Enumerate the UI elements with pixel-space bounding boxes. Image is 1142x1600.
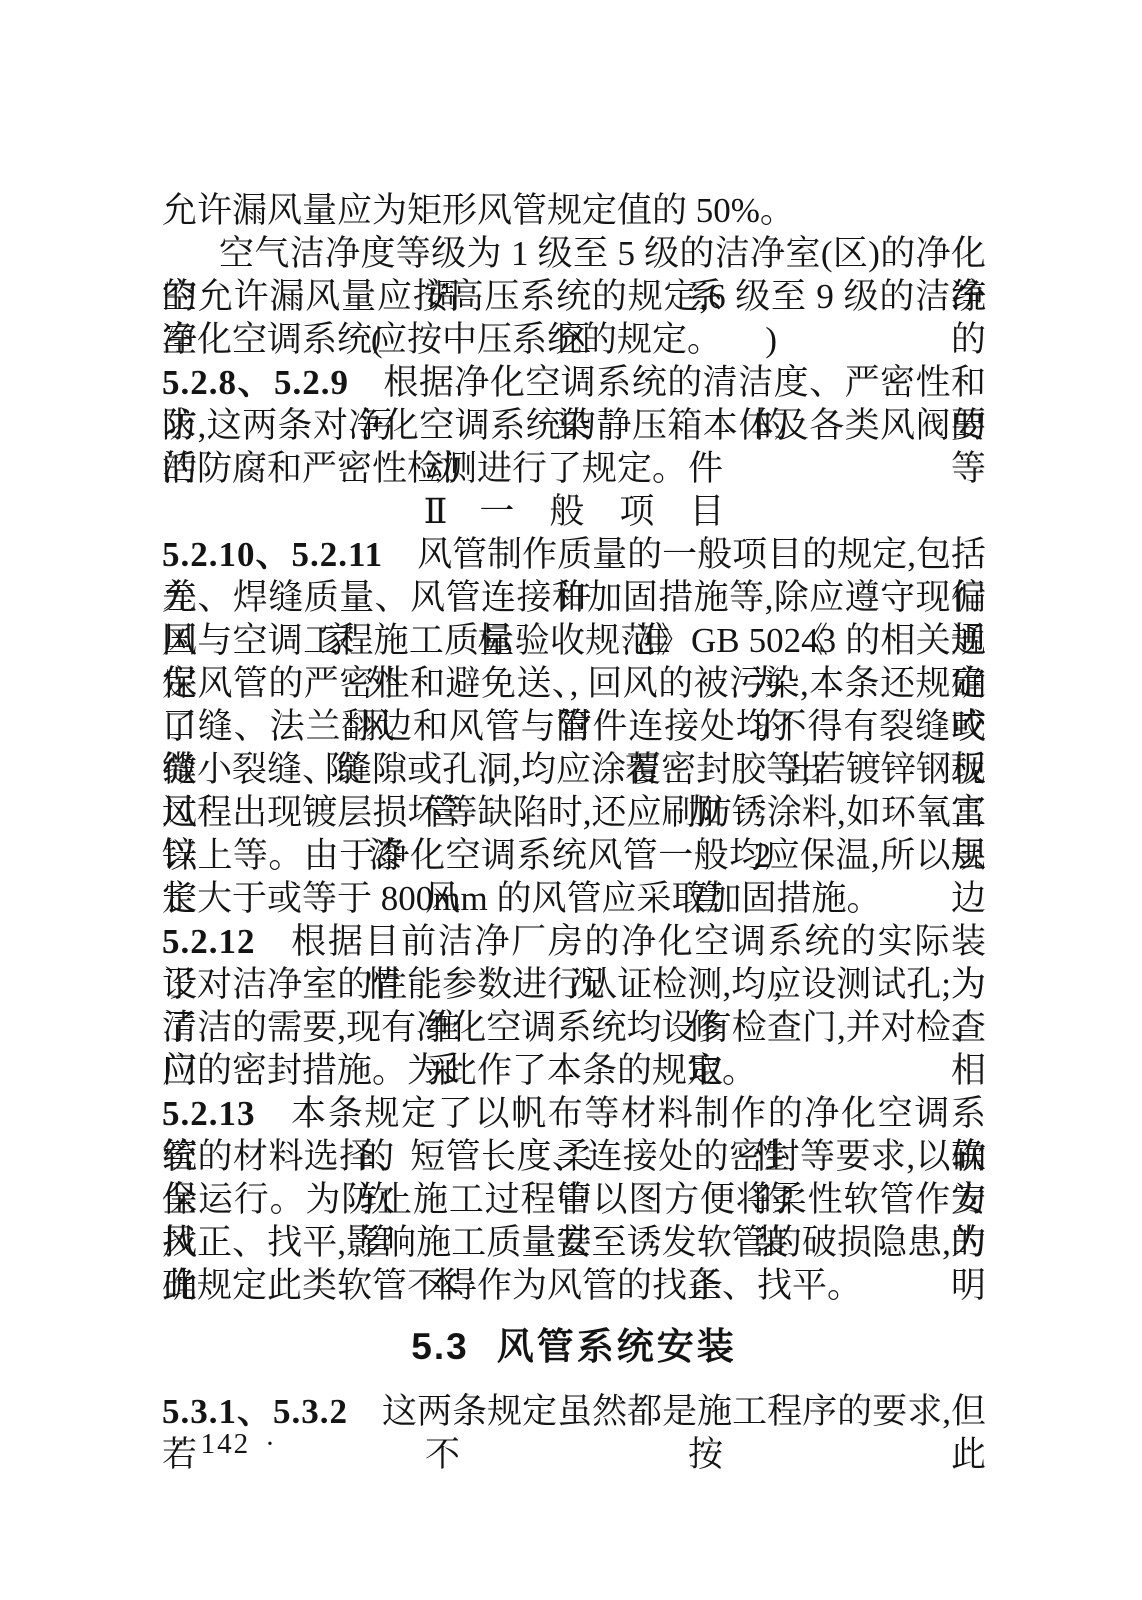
text-line: 口缝、法兰翻边和风管与附件连接处均不得有裂缝或缝隙,若出现 — [162, 705, 986, 748]
text-line: 以上等。由于净化空调系统风管一般均应保温,所以规定风管边 — [162, 834, 986, 877]
page-footer: ·142· — [176, 1428, 275, 1461]
subsection-title: 一 般 项 目 — [479, 492, 724, 531]
document-page: 允许漏风量应为矩形风管规定值的 50%。 空气洁净度等级为 1 级至 5 级的洁… — [0, 0, 1142, 1600]
clause-number: 5.2.8、5.2.9 — [162, 363, 349, 402]
page-number: 142 — [201, 1428, 251, 1460]
text-line: 全运行。为防止施工过程中以图方便将柔性软管作为风管安装的 — [162, 1178, 986, 1221]
text-line: 求,这两条对净化空调系统的静压箱本体及各类风阀的活动件等 — [162, 404, 986, 447]
text-line: 允许漏风量应为矩形风管规定值的 50%。 — [162, 189, 986, 232]
clause-number: 5.2.10、5.2.11 — [162, 535, 383, 574]
section-number: 5.3 — [411, 1326, 468, 1367]
text-line: 差、焊缝质量、风管连接和加固措施等,除应遵守现行国家标准《通 — [162, 576, 986, 619]
subsection-heading: Ⅱ一 般 项 目 — [162, 490, 986, 533]
text-run: 应的密封措施。为此作了本条的规定。 — [162, 1051, 757, 1090]
text-line: 过程出现镀层损坏等缺陷时,还应刷防锈涂料,如环氧富锌漆 2 层 — [162, 791, 986, 834]
text-line: 长大于或等于 800mm 的风管应采取加固措施。 — [162, 877, 986, 920]
text-line: 的允许漏风量应按高压系统的规定,6 级至 9 级的洁净室(区)的 — [162, 275, 986, 318]
text-line: 5.2.8、5.2.9根据净化空调系统的清洁度、严密性和防污染的要 — [162, 361, 986, 404]
text-line: 5.2.12根据目前洁净厂房的净化空调系统的实际装设情况,为 — [162, 920, 986, 963]
footer-dot-left: · — [176, 1428, 186, 1460]
text-run: 长大于或等于 800mm 的风管应采取加固措施。 — [162, 879, 881, 918]
text-line: 找正、找平,影响施工质量甚至诱发软管的破损隐患,为此本条明 — [162, 1221, 986, 1264]
clause-number: 5.3.1、5.3.2 — [162, 1392, 348, 1431]
text-line: 5.3.1、5.3.2这两条规定虽然都是施工程序的要求,但若不按此 — [162, 1390, 986, 1433]
subsection-numeral: Ⅱ — [424, 492, 448, 531]
text-line: 了对洁净室的性能参数进行认证检测,均应设测试孔;为了维修、 — [162, 963, 986, 1006]
text-line: 微小裂缝、缝隙或孔洞,均应涂覆密封胶等;若镀锌钢板风管加工 — [162, 748, 986, 791]
text-line: 风与空调工程施工质量验收规范》GB 50243 的相关规定外,为确 — [162, 619, 986, 662]
clause-number: 5.2.12 — [162, 922, 256, 961]
text-run: 净化空调系统应按中压系统的规定。 — [162, 320, 722, 359]
text-line: 5.2.10、5.2.11风管制作质量的一般项目的规定,包括允许偏 — [162, 533, 986, 576]
section-title: 风管系统安装 — [497, 1326, 737, 1367]
text-line: 保风管的严密性和避免送、回风的被污染,本条还规定了风管的咬 — [162, 662, 986, 705]
clause-number: 5.2.13 — [162, 1094, 256, 1133]
text-line: 管的材料选择、短管长度、连接处的密封等要求,以确保软管的安 — [162, 1135, 986, 1178]
text-run: 允许漏风量应为矩形风管规定值的 50%。 — [162, 191, 795, 230]
page-body: 允许漏风量应为矩形风管规定值的 50%。 空气洁净度等级为 1 级至 5 级的洁… — [162, 189, 986, 1433]
section-heading: 5.3风管系统安装 — [162, 1324, 986, 1369]
text-run: 的防腐和严密性检测进行了规定。 — [162, 449, 687, 488]
text-run: 确规定此类软管不得作为风管的找正、找平。 — [162, 1266, 862, 1305]
text-line: 空气洁净度等级为 1 级至 5 级的洁净室(区)的净化空调系统 — [162, 232, 986, 275]
text-line: 5.2.13本条规定了以帆布等材料制作的净化空调系统的柔性软 — [162, 1092, 986, 1135]
text-line: 清洁的需要,现有净化空调系统均设有检查门,并对检查门采取相 — [162, 1006, 986, 1049]
footer-dot-right: · — [265, 1428, 275, 1460]
